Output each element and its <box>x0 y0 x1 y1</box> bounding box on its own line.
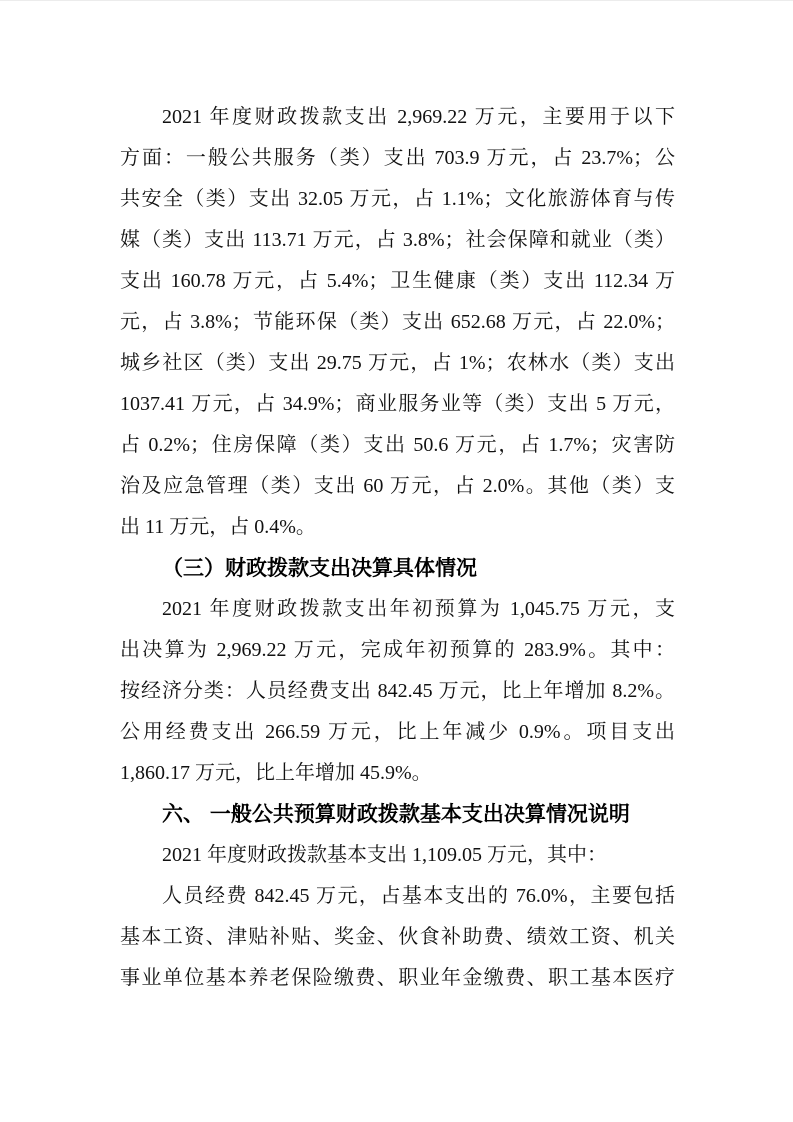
text-line: 元，占 3.8%；节能环保（类）支出 652.68 万元，占 22.0%； <box>120 302 675 343</box>
text-line: 支出 160.78 万元，占 5.4%；卫生健康（类）支出 112.34 万 <box>120 261 675 302</box>
text-line: 人员经费 842.45 万元，占基本支出的 76.0%，主要包括 <box>120 876 675 917</box>
text-line: 2021 年度财政拨款支出 2,969.22 万元，主要用于以下 <box>120 97 675 138</box>
text-line: 基本工资、津贴补贴、奖金、伙食补助费、绩效工资、机关 <box>120 917 675 958</box>
text-line: 媒（类）支出 113.71 万元，占 3.8%；社会保障和就业（类） <box>120 220 675 261</box>
text-line: 占 0.2%；住房保障（类）支出 50.6 万元，占 1.7%；灾害防 <box>120 425 675 466</box>
section-heading-fiscal-expenditure-details: （三）财政拨款支出决算具体情况 <box>120 548 675 589</box>
document-page: 2021 年度财政拨款支出 2,969.22 万元，主要用于以下 方面：一般公共… <box>0 0 793 1122</box>
text-line: 城乡社区（类）支出 29.75 万元，占 1%；农林水（类）支出 <box>120 343 675 384</box>
text-line: 1037.41 万元，占 34.9%；商业服务业等（类）支出 5 万元， <box>120 384 675 425</box>
text-line: 2021 年度财政拨款支出年初预算为 1,045.75 万元，支 <box>120 589 675 630</box>
text-line: 2021 年度财政拨款基本支出 1,109.05 万元，其中： <box>120 835 675 876</box>
text-line: 共安全（类）支出 32.05 万元，占 1.1%；文化旅游体育与传 <box>120 179 675 220</box>
text-line: 1,860.17 万元，比上年增加 45.9%。 <box>120 753 675 794</box>
text-line: 出 11 万元，占 0.4%。 <box>120 507 675 548</box>
text-line: 按经济分类：人员经费支出 842.45 万元，比上年增加 8.2%。 <box>120 671 675 712</box>
text-line: 事业单位基本养老保险缴费、职业年金缴费、职工基本医疗 <box>120 958 675 999</box>
text-line: 出决算为 2,969.22 万元，完成年初预算的 283.9%。其中： <box>120 630 675 671</box>
text-line: 治及应急管理（类）支出 60 万元，占 2.0%。其他（类）支 <box>120 466 675 507</box>
section-heading-basic-expenditure: 六、 一般公共预算财政拨款基本支出决算情况说明 <box>120 794 675 835</box>
text-line: 方面：一般公共服务（类）支出 703.9 万元，占 23.7%；公 <box>120 138 675 179</box>
text-line: 公用经费支出 266.59 万元，比上年减少 0.9%。项目支出 <box>120 712 675 753</box>
